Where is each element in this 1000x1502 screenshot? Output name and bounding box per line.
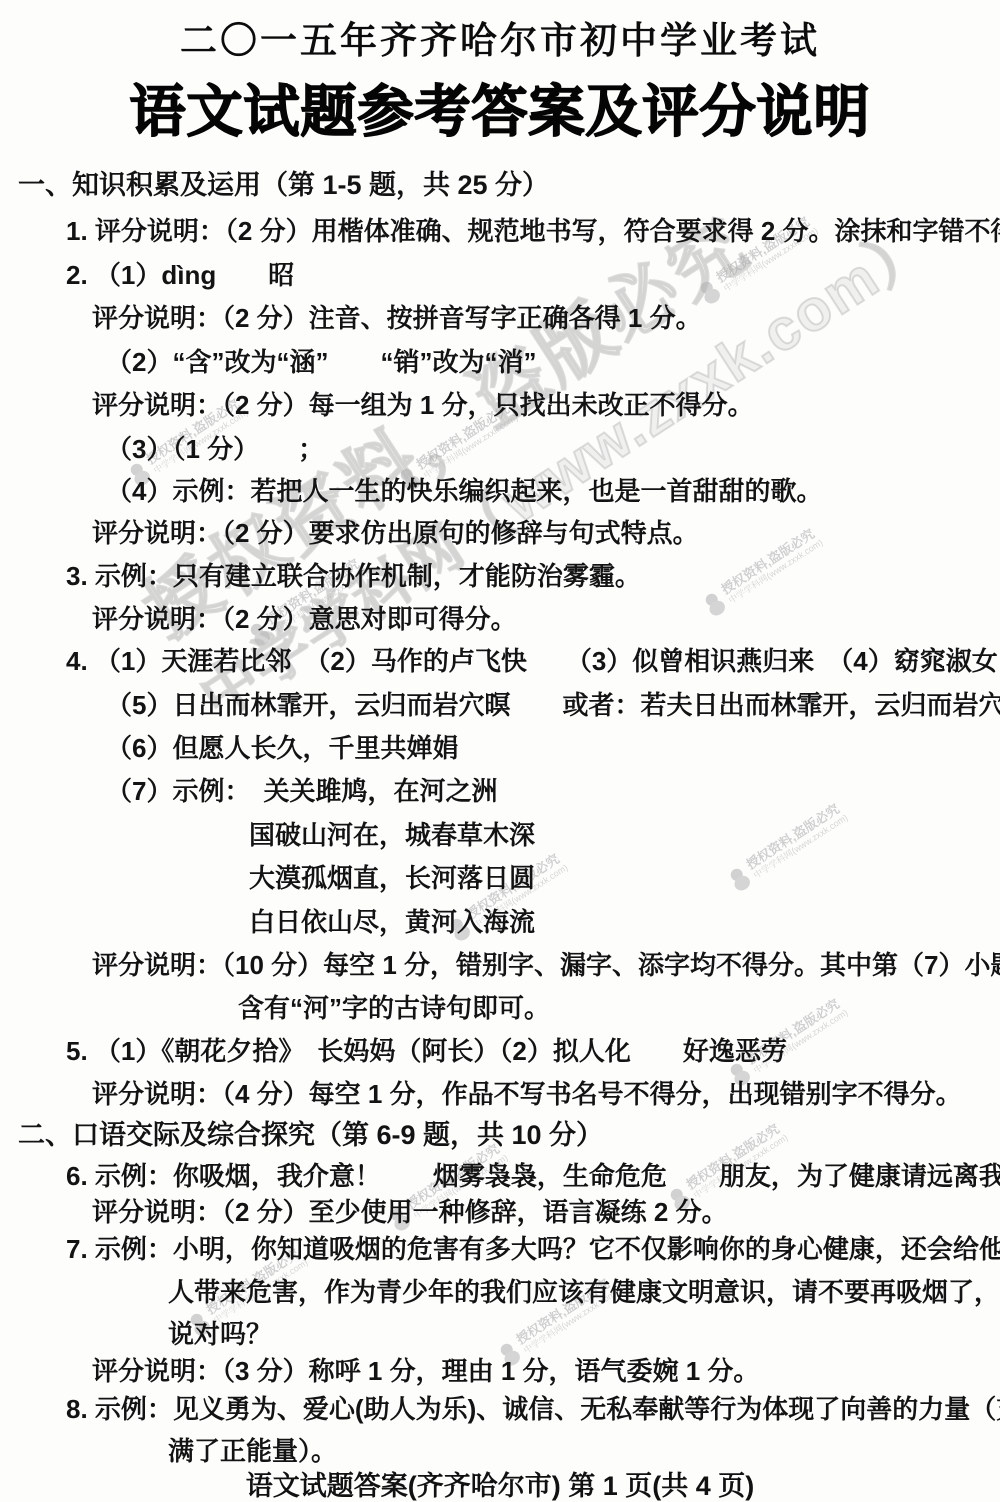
- sub-answer-line: （6）但愿人长久，千里共婵娟: [106, 731, 458, 765]
- scoring-note-line: 评分说明：（3 分）称呼 1 分，理由 1 分，语气委婉 1 分。: [92, 1354, 759, 1388]
- watermark-small-url: 中学学科网(www.zxxk.com): [752, 812, 850, 881]
- document-page: 授权资料，盗版必究 中学学科网（www.zxxk.com） 授权资料,盗版必究中…: [0, 0, 1000, 1502]
- sub-answer-line: （3）（1 分） ；: [106, 432, 324, 466]
- scoring-note-line: 评分说明：（4 分）每空 1 分，作品不写书名号不得分，出现错别字不得分。: [92, 1077, 962, 1111]
- answer-item-line: 1. 评分说明：（2 分）用楷体准确、规范地书写，符合要求得 2 分。涂抹和字错…: [66, 214, 1000, 248]
- section-heading: 一、知识积累及运用（第 1-5 题，共 25 分）: [18, 168, 549, 202]
- sub-answer-line: （4）示例：若把人一生的快乐编织起来，也是一首甜甜的歌。: [106, 474, 822, 508]
- watermark-small: 授权资料,盗版必究中学学科网(www.zxxk.com): [699, 526, 825, 620]
- watermark-small-url: 中学学科网(www.zxxk.com): [422, 412, 520, 481]
- poem-line: 大漠孤烟直，长河落日圆: [249, 861, 535, 895]
- answer-item-line: 7. 示例：小明，你知道吸烟的危害有多大吗？它不仅影响你的身心健康，还会给他: [66, 1232, 1000, 1266]
- document-title: 语文试题参考答案及评分说明: [0, 68, 1000, 148]
- sub-answer-line: （7）示例： 关关雎鸠，在河之洲: [106, 774, 497, 808]
- answer-item-line: 5. （1）《朝花夕拾》 长妈妈（阿长）（2）拟人化 好逸恶劳: [66, 1034, 787, 1068]
- answer-item-line: 2. （1）dìng 昭: [66, 258, 294, 292]
- exam-title: 二〇一五年齐齐哈尔市初中学业考试: [0, 10, 1000, 64]
- continuation-line: 满了正能量）。: [168, 1434, 337, 1468]
- scoring-note-line: 评分说明：（2 分）至少使用一种修辞，语言凝练 2 分。: [92, 1195, 728, 1229]
- watermark-small-text: 授权资料,盗版必究: [719, 526, 819, 598]
- watermark-small-url: 中学学科网(www.zxxk.com): [727, 537, 825, 606]
- zxxk-owl-logo-icon: [724, 863, 754, 894]
- scoring-note-line: 评分说明：（2 分）注音、按拼音写字正确各得 1 分。: [92, 301, 702, 335]
- answer-item-line: 8. 示例：见义勇为、爱心(助人为乐)、诚信、无私奉献等行为体现了向善的力量（充: [66, 1392, 1000, 1426]
- answer-item-line: 3. 示例：只有建立联合协作机制，才能防治雾霾。: [66, 559, 641, 593]
- scoring-note-line: 评分说明：（2 分）每一组为 1 分，只找出未改正不得分。: [92, 388, 754, 422]
- poem-line: 国破山河在，城春草木深: [249, 818, 535, 852]
- watermark-small: 授权资料,盗版必究中学学科网(www.zxxk.com): [724, 801, 850, 895]
- continuation-line: 含有“河”字的古诗句即可。: [238, 991, 550, 1025]
- answer-item-line: 6. 示例：你吸烟，我介意！ 烟雾袅袅，生命危危 朋友，为了健康请远离我！: [66, 1159, 1000, 1193]
- continuation-line: 人带来危害，作为青少年的我们应该有健康文明意识，请不要再吸烟了，你: [168, 1275, 1000, 1309]
- continuation-line: 说对吗？: [168, 1317, 272, 1351]
- scoring-note-line: 评分说明：（2 分）要求仿出原句的修辞与句式特点。: [92, 516, 699, 550]
- poem-line: 白日依山尽，黄河入海流: [249, 905, 535, 939]
- answer-item-line: 4. （1）天涯若比邻 （2）马作的卢飞快 （3）似曾相识燕归来 （4）窈窕淑女: [66, 644, 998, 678]
- section-heading: 二、口语交际及综合探究（第 6-9 题，共 10 分）: [18, 1118, 603, 1152]
- zxxk-owl-logo-icon: [699, 588, 729, 619]
- watermark-small-text: 授权资料,盗版必究: [744, 801, 844, 873]
- sub-answer-line: （5）日出而林霏开，云归而岩穴暝 或者：若夫日出而林霏开，云归而岩穴暝: [106, 688, 1000, 722]
- page-footer: 语文试题答案(齐齐哈尔市) 第 1 页(共 4 页): [0, 1464, 1000, 1502]
- sub-answer-line: （2）“含”改为“涵” “销”改为“消”: [106, 345, 536, 379]
- scoring-note-line: 评分说明：（10 分）每空 1 分，错别字、漏字、添字均不得分。其中第（7）小题: [92, 948, 1000, 982]
- scoring-note-line: 评分说明：（2 分）意思对即可得分。: [92, 602, 517, 636]
